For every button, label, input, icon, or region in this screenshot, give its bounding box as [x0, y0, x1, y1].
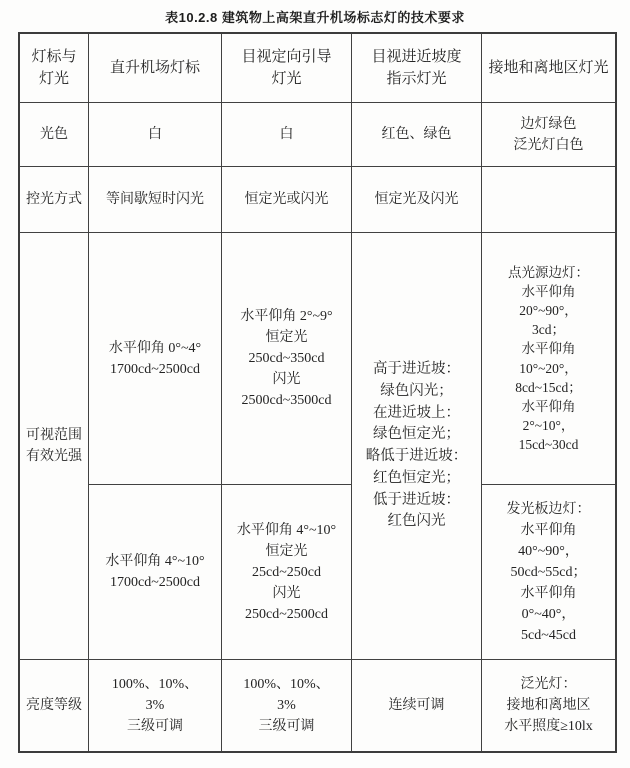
cell-light-color-slope-indicator: 红色、绿色: [352, 103, 482, 167]
cell-intensity-beacon-lower: 水平仰角 4°~10° 1700cd~2500cd: [89, 485, 222, 660]
cell-intensity-beacon-upper: 水平仰角 0°~4° 1700cd~2500cd: [89, 233, 222, 485]
header-cell-touchdown-liftoff-area: 接地和离地区灯光: [482, 34, 615, 103]
header-cell-visual-alignment-guidance: 目视定向引导 灯光: [222, 34, 352, 103]
row-label-visible-range-intensity: 可视范围 有效光强: [20, 233, 89, 660]
header-cell-heliport-beacon: 直升机场灯标: [89, 34, 222, 103]
corner-cell-beacon-vs-light: 灯标与 灯光: [20, 34, 89, 103]
cell-intensity-guidance-lower: 水平仰角 4°~10° 恒定光 25cd~250cd 闪光 250cd~2500…: [222, 485, 352, 660]
header-cell-approach-slope-indicator: 目视进近坡度 指示灯光: [352, 34, 482, 103]
cell-intensity-touchdown-point-source-edge-lights: 点光源边灯： 水平仰角 20°~90°， 3cd； 水平仰角 10°~20°， …: [482, 233, 615, 485]
cell-brightness-heliport-beacon: 100%、10%、 3% 三级可调: [89, 660, 222, 751]
row-label-brightness-level: 亮度等级: [20, 660, 89, 751]
cell-brightness-guidance: 100%、10%、 3% 三级可调: [222, 660, 352, 751]
scanned-document-page: 表10.2.8 建筑物上高架直升机场标志灯的技术要求 灯标与 灯光 直升机场灯标…: [0, 0, 630, 768]
cell-intensity-slope-indicator: 高于进近坡： 绿色闪光； 在进近坡上： 绿色恒定光； 略低于进近坡： 红色恒定光…: [352, 233, 482, 660]
cell-intensity-guidance-upper: 水平仰角 2°~9° 恒定光 250cd~350cd 闪光 2500cd~350…: [222, 233, 352, 485]
cell-brightness-touchdown-floodlight: 泛光灯： 接地和离地区 水平照度≥10lx: [482, 660, 615, 751]
row-label-light-color: 光色: [20, 103, 89, 167]
cell-light-color-touchdown: 边灯绿色 泛光灯白色: [482, 103, 615, 167]
cell-control-mode-guidance: 恒定光或闪光: [222, 167, 352, 233]
cell-control-mode-touchdown-empty: [482, 167, 615, 233]
cell-intensity-touchdown-panel-edge-lights: 发光板边灯： 水平仰角 40°~90°， 50cd~55cd； 水平仰角 0°~…: [482, 485, 615, 660]
cell-control-mode-slope-indicator: 恒定光及闪光: [352, 167, 482, 233]
table-title: 表10.2.8 建筑物上高架直升机场标志灯的技术要求: [0, 7, 630, 26]
cell-brightness-slope-indicator: 连续可调: [352, 660, 482, 751]
cell-control-mode-heliport-beacon: 等间歇短时闪光: [89, 167, 222, 233]
row-label-control-mode: 控光方式: [20, 167, 89, 233]
cell-light-color-guidance: 白: [222, 103, 352, 167]
requirements-table: 灯标与 灯光 直升机场灯标 目视定向引导 灯光 目视进近坡度 指示灯光 接地和离…: [18, 32, 617, 753]
cell-light-color-heliport-beacon: 白: [89, 103, 222, 167]
